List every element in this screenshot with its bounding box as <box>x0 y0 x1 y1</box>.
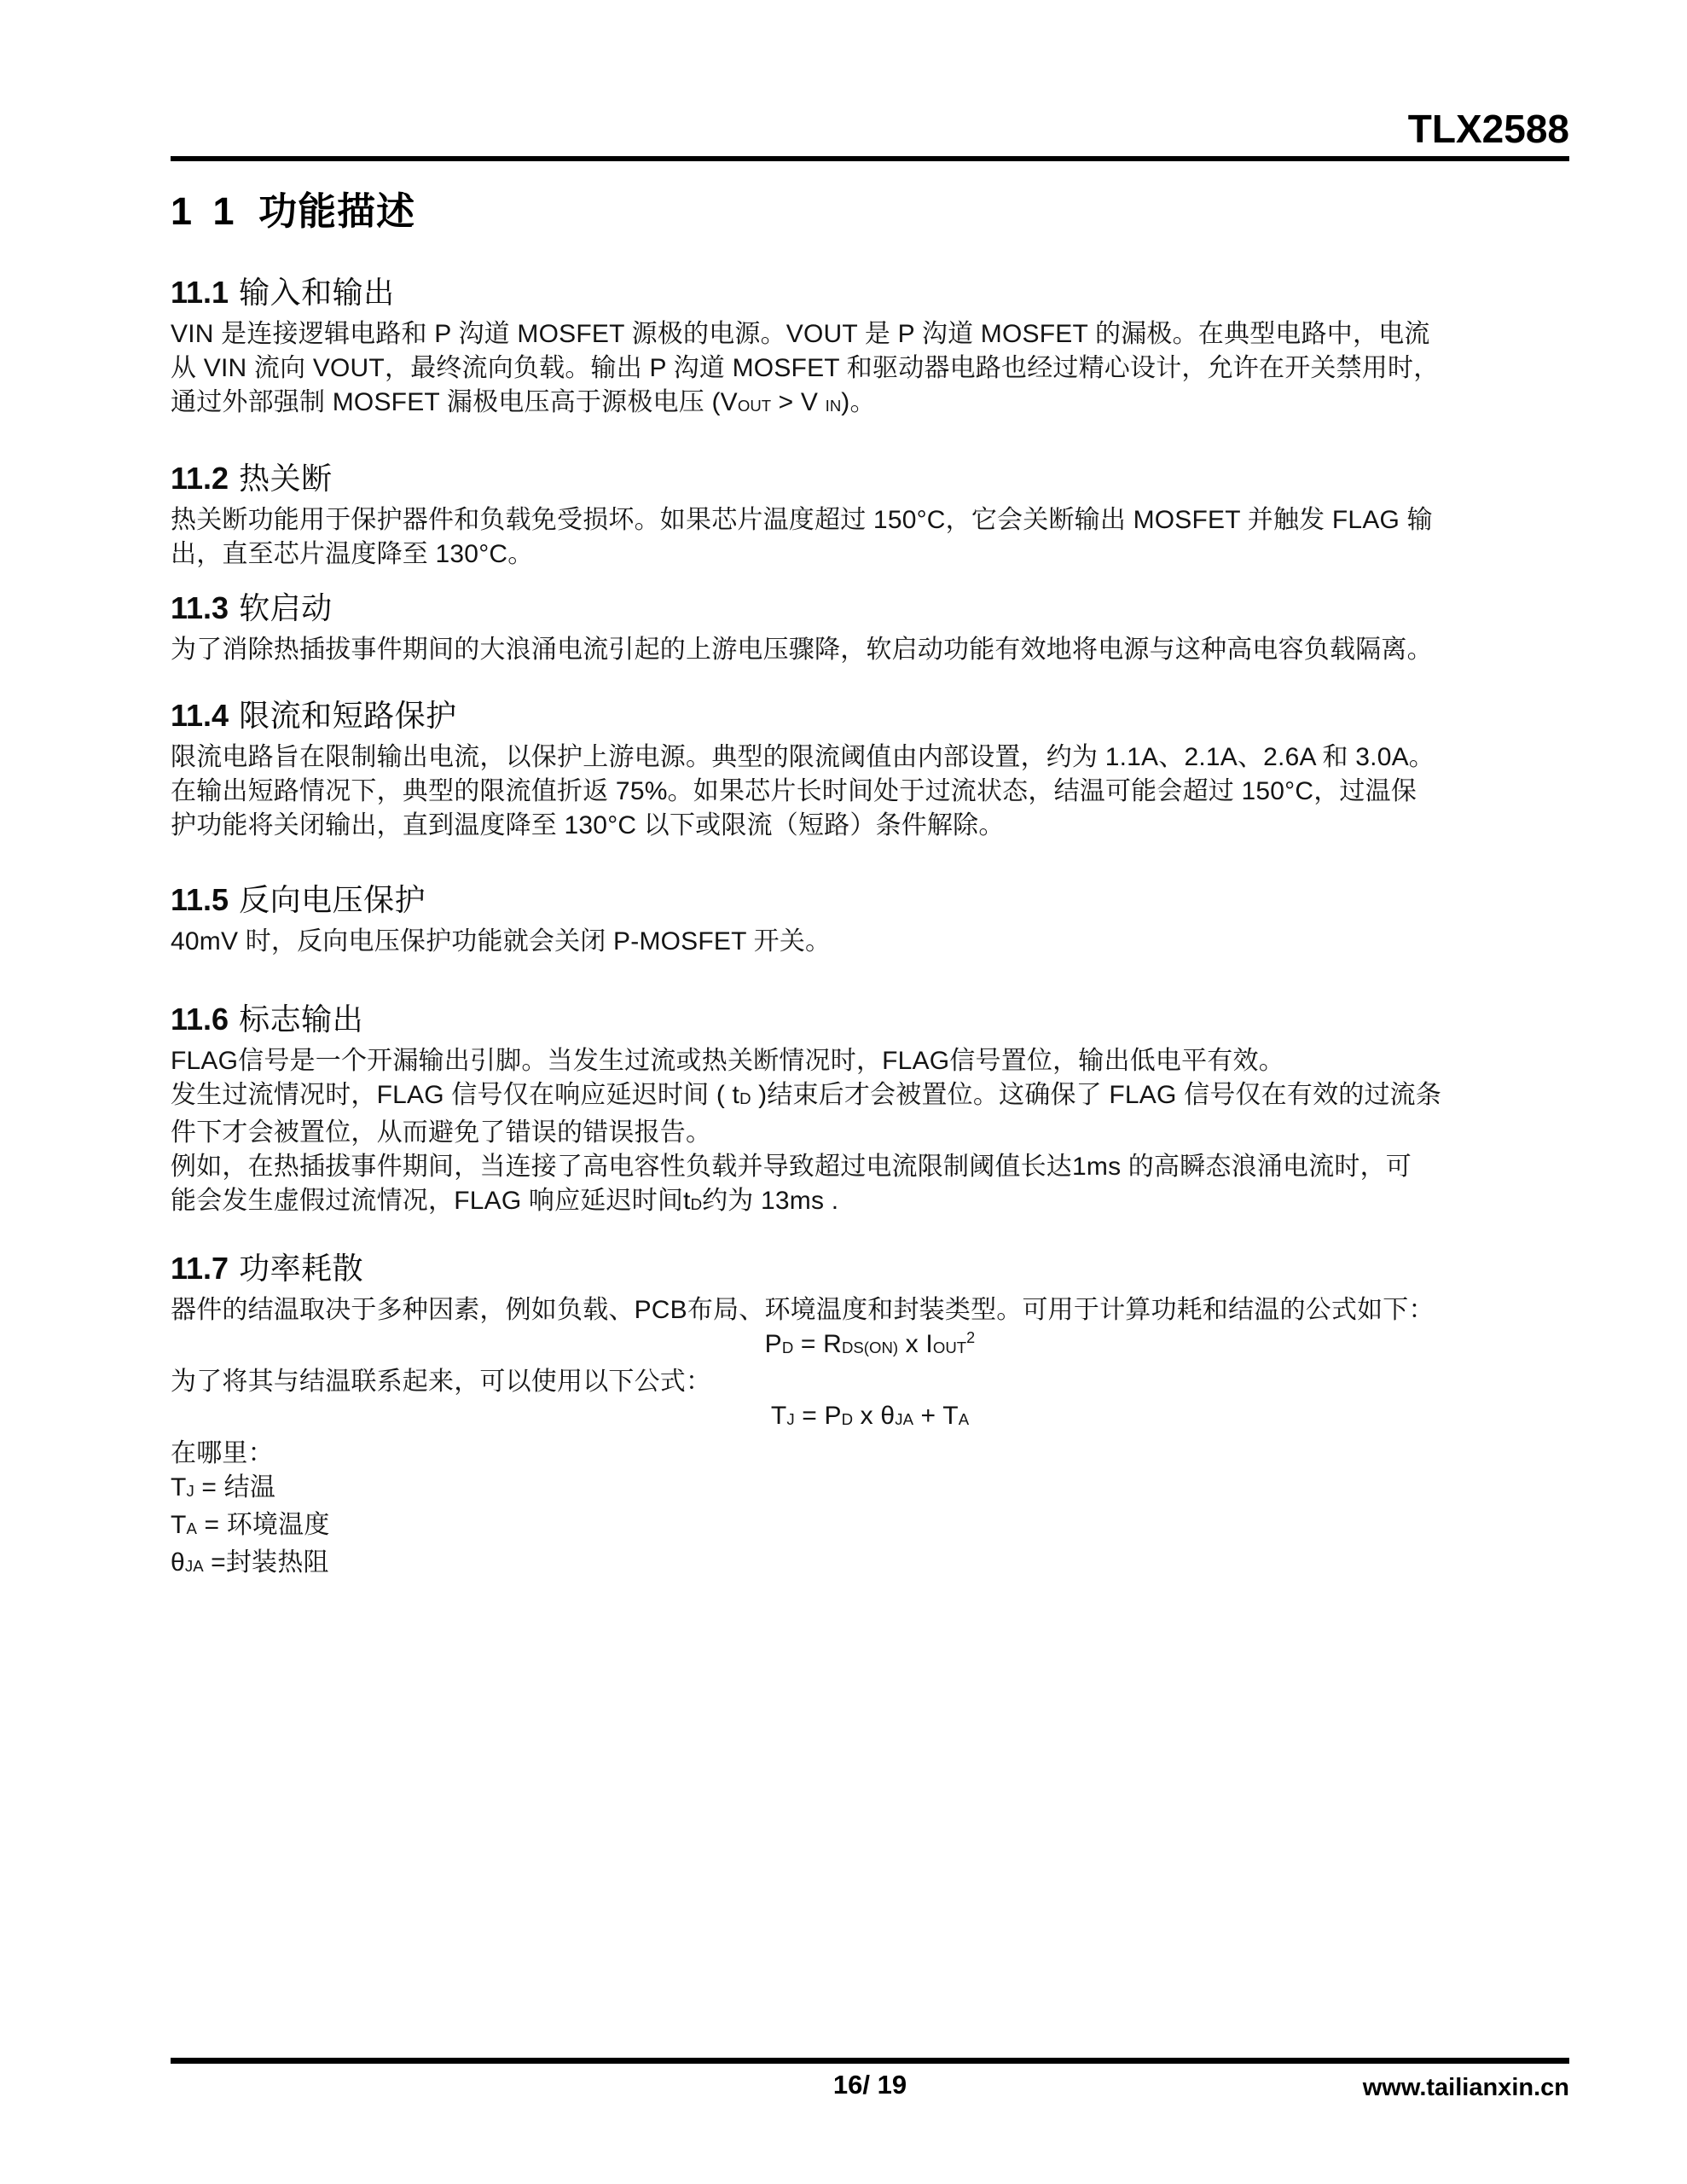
text-segment: = R <box>793 1330 842 1358</box>
body-line: FLAG信号是一个开漏输出引脚。当发生过流或热关断情况时，FLAG信号置位，输出… <box>171 1044 1569 1078</box>
body-line: PD = RDS(ON) x IOUT2 <box>171 1327 1569 1365</box>
body-line: 护功能将关闭输出，直到温度降至 130°C 以下或限流（短路）条件解除。 <box>171 809 1569 843</box>
text-segment: )结束后才会被置位。这确保了 FLAG 信号仅在有效的过流条 <box>751 1081 1442 1109</box>
text-segment: θ <box>171 1548 185 1577</box>
section-body: 40mV 时，反向电压保护功能就会关闭 P-MOSFET 开关。 <box>171 925 1569 959</box>
section-title: 反向电压保护 <box>239 882 426 917</box>
text-segment: T <box>171 1511 187 1539</box>
text-segment: = 结温 <box>194 1473 275 1501</box>
subscript: OUT <box>738 397 771 415</box>
text-segment: T <box>771 1402 787 1430</box>
body-line: 在哪里： <box>171 1437 1569 1471</box>
subscript: DS(ON) <box>842 1339 898 1356</box>
section-number: 11.6 <box>171 1002 229 1037</box>
section-number: 11.7 <box>171 1251 229 1286</box>
text-segment: 发生过流情况时，FLAG 信号仅在响应延迟时间 ( t <box>171 1081 739 1109</box>
subscript: J <box>786 1410 794 1428</box>
page-title-number: 1 1 <box>171 189 240 233</box>
body-line: 40mV 时，反向电压保护功能就会关闭 P-MOSFET 开关。 <box>171 925 1569 959</box>
body-line: 发生过流情况时，FLAG 信号仅在响应延迟时间 ( tD )结束后才会被置位。这… <box>171 1078 1569 1116</box>
section-number: 11.5 <box>171 882 229 917</box>
section-body: FLAG信号是一个开漏输出引脚。当发生过流或热关断情况时，FLAG信号置位，输出… <box>171 1044 1569 1222</box>
body-line: 热关断功能用于保护器件和负载免受损坏。如果芯片温度超过 150°C，它会关断输出… <box>171 503 1569 537</box>
section-title: 功率耗散 <box>239 1251 363 1286</box>
body-line: θJA =封装热阻 <box>171 1546 1569 1583</box>
subscript: OUT <box>933 1339 966 1356</box>
text-segment: P <box>765 1330 782 1358</box>
footer-rule <box>171 2058 1569 2064</box>
text-segment: + T <box>913 1402 959 1430</box>
text-segment: 通过外部强制 MOSFET 漏极电压高于源极电压 (V <box>171 388 738 416</box>
body-line: 出，直至芯片温度降至 130°C。 <box>171 537 1569 572</box>
page-number: 16/ 19 <box>171 2068 1569 2102</box>
header-rule <box>171 156 1569 161</box>
page-title-text: 功能描述 <box>258 189 415 233</box>
section-title: 标志输出 <box>239 1002 363 1037</box>
text-segment: x I <box>898 1330 933 1358</box>
text-segment: )。 <box>841 388 875 416</box>
body-line: TJ = 结温 <box>171 1471 1569 1508</box>
subscript: D <box>842 1410 853 1428</box>
section-body: 器件的结温取决于多种因素，例如负载、PCB布局、环境温度和封装类型。可用于计算功… <box>171 1293 1569 1584</box>
body-line: 为了将其与结温联系起来，可以使用以下公式： <box>171 1365 1569 1399</box>
text-segment: > V <box>771 388 826 416</box>
section-number: 11.3 <box>171 590 229 625</box>
text-segment: x θ <box>853 1402 895 1430</box>
body-line: 在输出短路情况下，典型的限流值折返 75%。如果芯片长时间处于过流状态，结温可能… <box>171 775 1569 809</box>
section-body: VIN 是连接逻辑电路和 P 沟道 MOSFET 源极的电源。VOUT 是 P … <box>171 317 1569 423</box>
subscript: J <box>187 1482 194 1500</box>
page-title: 1 1 功能描述 <box>171 189 415 234</box>
section-number: 11.2 <box>171 461 229 496</box>
text-segment: T <box>171 1473 187 1501</box>
subscript: JA <box>895 1410 913 1428</box>
body-line: 能会发生虚假过流情况，FLAG 响应延迟时间tD约为 13ms . <box>171 1184 1569 1222</box>
superscript: 2 <box>966 1329 975 1346</box>
section-body: 热关断功能用于保护器件和负载免受损坏。如果芯片温度超过 150°C，它会关断输出… <box>171 503 1569 572</box>
subscript: D <box>739 1089 751 1107</box>
subscript: A <box>187 1519 197 1537</box>
subscript: JA <box>185 1558 204 1576</box>
body-line: 件下才会被置位，从而避免了错误的错误报告。 <box>171 1116 1569 1150</box>
section-heading: 11.1输入和输出 <box>171 275 1569 311</box>
section-heading: 11.6标志输出 <box>171 1002 1569 1037</box>
text-segment: 能会发生虚假过流情况，FLAG 响应延迟时间t <box>171 1187 691 1215</box>
section-11.4: 11.4限流和短路保护限流电路旨在限制输出电流，以保护上游电源。典型的限流阈值由… <box>171 698 1569 843</box>
website-url: www.tailianxin.cn <box>1363 2072 1569 2103</box>
section-11.7: 11.7功率耗散器件的结温取决于多种因素，例如负载、PCB布局、环境温度和封装类… <box>171 1251 1569 1584</box>
body-line: 通过外部强制 MOSFET 漏极电压高于源极电压 (VOUT > V IN)。 <box>171 386 1569 423</box>
text-segment: =封装热阻 <box>204 1548 329 1577</box>
section-11.1: 11.1输入和输出VIN 是连接逻辑电路和 P 沟道 MOSFET 源极的电源。… <box>171 275 1569 423</box>
body-line: TJ = PD x θJA + TA <box>171 1399 1569 1437</box>
section-heading: 11.5反向电压保护 <box>171 882 1569 918</box>
subscript: D <box>691 1195 702 1213</box>
datasheet-page: TLX2588 1 1 功能描述 11.1输入和输出VIN 是连接逻辑电路和 P… <box>0 0 1687 2184</box>
section-title: 软启动 <box>239 590 333 625</box>
subscript: A <box>959 1410 969 1428</box>
body-line: 限流电路旨在限制输出电流，以保护上游电源。典型的限流阈值由内部设置，约为 1.1… <box>171 741 1569 775</box>
subscript: D <box>782 1339 793 1356</box>
product-code: TLX2588 <box>1408 107 1569 151</box>
section-title: 热关断 <box>239 461 333 496</box>
body-line: 从 VIN 流向 VOUT，最终流向负载。输出 P 沟道 MOSFET 和驱动器… <box>171 351 1569 386</box>
section-body: 为了消除热插拔事件期间的大浪涌电流引起的上游电压骤降，软启动功能有效地将电源与这… <box>171 633 1569 667</box>
section-11.5: 11.5反向电压保护40mV 时，反向电压保护功能就会关闭 P-MOSFET 开… <box>171 882 1569 959</box>
section-11.3: 11.3软启动为了消除热插拔事件期间的大浪涌电流引起的上游电压骤降，软启动功能有… <box>171 590 1569 667</box>
body-line: 器件的结温取决于多种因素，例如负载、PCB布局、环境温度和封装类型。可用于计算功… <box>171 1293 1569 1327</box>
body-line: VIN 是连接逻辑电路和 P 沟道 MOSFET 源极的电源。VOUT 是 P … <box>171 317 1569 351</box>
section-heading: 11.2热关断 <box>171 461 1569 497</box>
section-heading: 11.7功率耗散 <box>171 1251 1569 1287</box>
section-title: 限流和短路保护 <box>239 698 457 733</box>
subscript: IN <box>826 397 842 415</box>
section-title: 输入和输出 <box>239 275 395 310</box>
body-line: TA = 环境温度 <box>171 1508 1569 1546</box>
text-segment: = P <box>795 1402 842 1430</box>
text-segment: 约为 13ms . <box>702 1187 838 1215</box>
section-11.2: 11.2热关断热关断功能用于保护器件和负载免受损坏。如果芯片温度超过 150°C… <box>171 461 1569 572</box>
section-number: 11.4 <box>171 698 229 733</box>
section-11.6: 11.6标志输出FLAG信号是一个开漏输出引脚。当发生过流或热关断情况时，FLA… <box>171 1002 1569 1222</box>
section-heading: 11.3软启动 <box>171 590 1569 626</box>
section-heading: 11.4限流和短路保护 <box>171 698 1569 734</box>
body-line: 为了消除热插拔事件期间的大浪涌电流引起的上游电压骤降，软启动功能有效地将电源与这… <box>171 633 1569 667</box>
text-segment: = 环境温度 <box>197 1511 330 1539</box>
body-line: 例如，在热插拔事件期间，当连接了高电容性负载并导致超过电流限制阈值长达1ms 的… <box>171 1150 1569 1184</box>
section-number: 11.1 <box>171 275 229 310</box>
section-body: 限流电路旨在限制输出电流，以保护上游电源。典型的限流阈值由内部设置，约为 1.1… <box>171 741 1569 843</box>
